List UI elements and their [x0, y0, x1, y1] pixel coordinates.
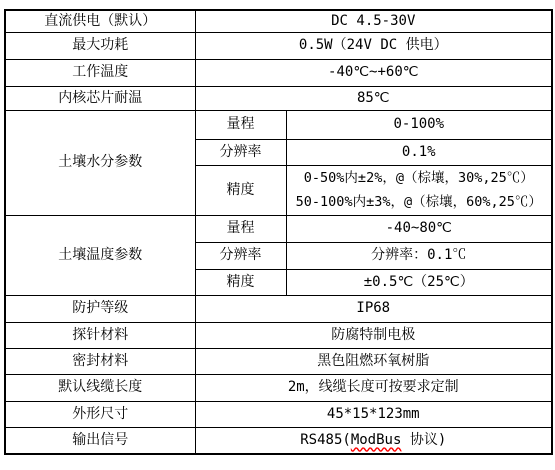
row-label: 输出信号 [5, 427, 195, 454]
misspelled-word: ModBus [351, 432, 402, 448]
row-label: 外形尺寸 [5, 401, 195, 427]
row-value: 45*15*123mm [195, 401, 552, 427]
row-value: 0.5W（24V DC 供电） [195, 32, 552, 59]
sub-label: 分辨率 [195, 242, 286, 269]
page: 直流供电（默认） DC 4.5-30V 最大功耗 0.5W（24V DC 供电）… [0, 0, 555, 470]
accuracy-line: 0-50%内±2%，@（棕壤，30%,25℃） [289, 166, 550, 190]
row-value: 0-100% [286, 110, 552, 139]
sub-label: 量程 [195, 215, 286, 242]
table-row: 土壤水分参数 量程 0-100% [5, 110, 552, 139]
row-value: DC 4.5-30V [195, 10, 552, 32]
output-signal-prefix: RS485( [300, 432, 351, 448]
row-label: 最大功耗 [5, 32, 195, 59]
accuracy-line: 50-100%内±3%，@（棕壤，60%,25℃） [289, 190, 550, 214]
group-label-soil-moisture: 土壤水分参数 [5, 110, 195, 215]
row-value: ±0.5℃（25℃） [286, 269, 552, 295]
table-row: 直流供电（默认） DC 4.5-30V [5, 10, 552, 32]
row-value: 黑色阻燃环氧树脂 [195, 348, 552, 374]
table-row: 密封材料 黑色阻燃环氧树脂 [5, 348, 552, 374]
table-row: 内核芯片耐温 85℃ [5, 86, 552, 110]
row-label: 探针材料 [5, 322, 195, 348]
row-value: 2m，线缆长度可按要求定制 [195, 374, 552, 401]
row-label: 直流供电（默认） [5, 10, 195, 32]
table-row: 最大功耗 0.5W（24V DC 供电） [5, 32, 552, 59]
row-value: 防腐特制电极 [195, 322, 552, 348]
row-value: IP68 [195, 295, 552, 322]
sub-label: 分辨率 [195, 139, 286, 165]
sub-label: 精度 [195, 165, 286, 215]
sub-label: 量程 [195, 110, 286, 139]
table-row: 防护等级 IP68 [5, 295, 552, 322]
sub-label: 精度 [195, 269, 286, 295]
row-label: 密封材料 [5, 348, 195, 374]
output-signal-suffix: 协议) [401, 432, 446, 448]
row-label: 防护等级 [5, 295, 195, 322]
row-value: RS485(ModBus 协议) [195, 427, 552, 454]
row-value: 0.1% [286, 139, 552, 165]
row-value: 85℃ [195, 86, 552, 110]
table-row: 输出信号 RS485(ModBus 协议) [5, 427, 552, 454]
table-row: 土壤温度参数 量程 -40~80℃ [5, 215, 552, 242]
table-row: 默认线缆长度 2m，线缆长度可按要求定制 [5, 374, 552, 401]
table-row: 工作温度 -40℃~+60℃ [5, 59, 552, 86]
row-value: -40~80℃ [286, 215, 552, 242]
table-row: 外形尺寸 45*15*123mm [5, 401, 552, 427]
row-label: 默认线缆长度 [5, 374, 195, 401]
row-value: 分辨率：0.1℃ [286, 242, 552, 269]
row-value: -40℃~+60℃ [195, 59, 552, 86]
group-label-soil-temperature: 土壤温度参数 [5, 215, 195, 295]
row-label: 工作温度 [5, 59, 195, 86]
table-row: 探针材料 防腐特制电极 [5, 322, 552, 348]
row-label: 内核芯片耐温 [5, 86, 195, 110]
row-value: 0-50%内±2%，@（棕壤，30%,25℃） 50-100%内±3%，@（棕壤… [286, 165, 552, 215]
spec-table: 直流供电（默认） DC 4.5-30V 最大功耗 0.5W（24V DC 供电）… [4, 9, 553, 455]
